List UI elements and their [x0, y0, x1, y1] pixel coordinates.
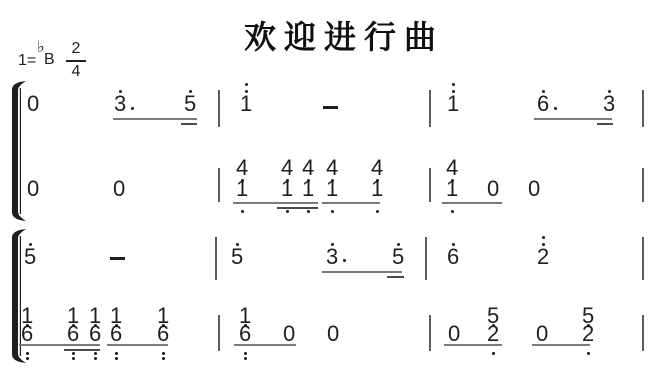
note-digit: 3: [603, 93, 615, 115]
barline: [215, 237, 217, 280]
note-digit: 2: [537, 246, 549, 268]
barline: [642, 237, 644, 280]
barline: [642, 315, 644, 351]
octave-dot-below: [451, 210, 454, 213]
note-digit: 5: [184, 93, 196, 115]
note-digit: 1: [240, 93, 252, 115]
beam-line-16th: [597, 123, 613, 125]
rest-digit: 0: [487, 178, 499, 200]
octave-dot-below: [162, 357, 165, 360]
augmentation-dot: [131, 107, 134, 110]
half-note-dash: [323, 106, 338, 109]
beam-line: [322, 202, 380, 204]
octave-dot-below: [115, 352, 118, 355]
octave-dot-below: [26, 352, 29, 355]
rest-digit: 0: [113, 178, 125, 200]
barline: [642, 168, 644, 202]
note-digit: 3: [326, 246, 338, 268]
octave-dot-below: [286, 210, 289, 213]
score-canvas: 0351163004141414141410055356216161616161…: [0, 0, 664, 372]
beam-line: [113, 118, 197, 120]
rest-digit: 0: [27, 178, 39, 200]
octave-dot-below: [72, 357, 75, 360]
octave-dot-below: [162, 352, 165, 355]
beam-line: [534, 118, 612, 120]
barline: [218, 315, 220, 351]
beam-line-16th: [64, 349, 100, 351]
octave-dot-below: [587, 352, 590, 355]
barline: [218, 168, 220, 202]
augmentation-dot: [554, 107, 557, 110]
half-note-dash: [110, 257, 125, 260]
octave-dot-above: [245, 83, 248, 86]
octave-dot-below: [244, 357, 247, 360]
rest-digit: 0: [448, 323, 460, 345]
octave-dot-below: [94, 352, 97, 355]
rest-digit: 0: [283, 323, 295, 345]
octave-dot-below: [244, 352, 247, 355]
barline: [218, 90, 220, 127]
system-bracket: [6, 81, 28, 221]
beam-line: [442, 202, 502, 204]
barline: [642, 90, 644, 127]
rest-digit: 0: [327, 323, 339, 345]
barline: [425, 237, 427, 280]
augmentation-dot: [343, 259, 346, 262]
octave-dot-below: [241, 210, 244, 213]
octave-dot-below: [307, 210, 310, 213]
octave-dot-below: [72, 352, 75, 355]
note-digit: 1: [447, 93, 459, 115]
note-digit: 5: [392, 246, 404, 268]
octave-dot-below: [331, 210, 334, 213]
octave-dot-above: [542, 236, 545, 239]
octave-dot-below: [115, 357, 118, 360]
note-digit: 6: [537, 93, 549, 115]
octave-dot-above: [452, 83, 455, 86]
note-digit: 5: [231, 246, 243, 268]
barline: [429, 90, 431, 127]
beam-line-16th: [181, 123, 197, 125]
note-digit: 3: [114, 93, 126, 115]
score-page: 欢迎进行曲 1= ♭ B 2 4 03511630041414141414100…: [0, 0, 664, 372]
rest-digit: 0: [536, 323, 548, 345]
octave-dot-below: [376, 210, 379, 213]
rest-digit: 0: [27, 93, 39, 115]
beam-line-16th: [387, 276, 404, 278]
note-digit: 5: [24, 246, 36, 268]
rest-digit: 0: [528, 178, 540, 200]
barline: [429, 315, 431, 351]
beam-line-16th: [277, 207, 318, 209]
octave-dot-below: [94, 357, 97, 360]
note-digit: 6: [447, 246, 459, 268]
octave-dot-below: [492, 352, 495, 355]
beam-line: [233, 202, 318, 204]
beam-line: [322, 271, 402, 273]
octave-dot-below: [26, 357, 29, 360]
barline: [429, 168, 431, 202]
